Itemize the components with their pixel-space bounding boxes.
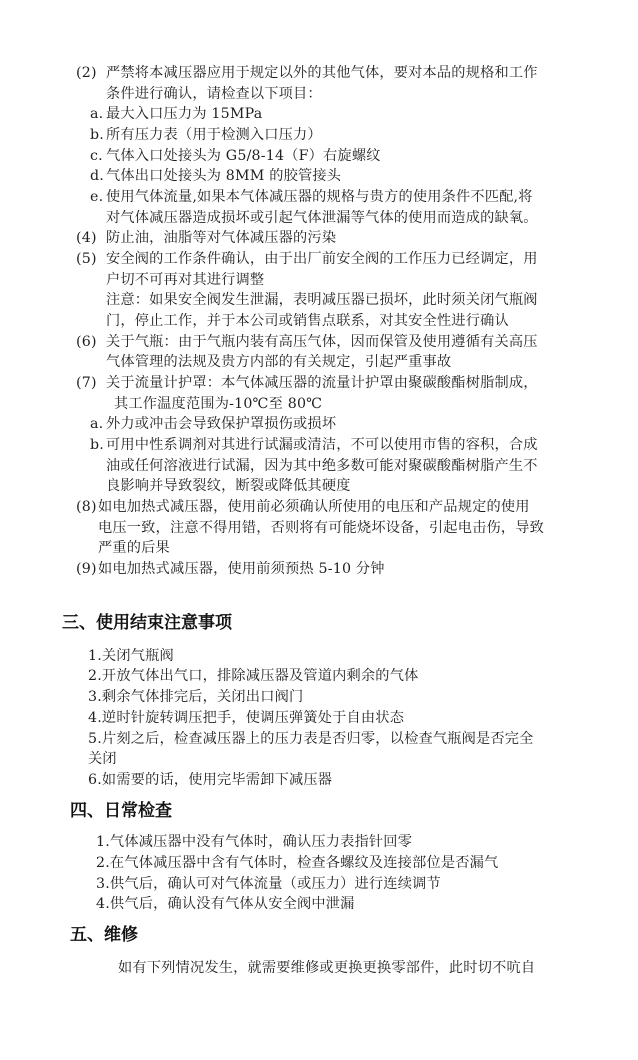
item-marker: (8) [76, 497, 97, 517]
sub-item-marker: a. [90, 414, 103, 434]
item-marker: (4) [76, 228, 97, 248]
paragraph-line: 如电加热式减压器，使用前须预热 5-10 分钟 [98, 559, 385, 579]
item-marker: (2) [76, 63, 97, 83]
list-item-continuation: 关闭 [88, 749, 117, 769]
paragraph-line: 其工作温度范围为-10℃至 80℃ [114, 394, 322, 414]
paragraph-line: 条件进行确认，请检查以下项目： [106, 84, 322, 104]
sub-item-marker: b. [90, 435, 104, 455]
paragraph-line: 如电加热式减压器，使用前必须确认所使用的电压和产品规定的使用 [98, 497, 530, 517]
paragraph-line: 防止油，油脂等对气体减压器的污染 [106, 228, 336, 248]
sub-item-text: 所有压力表（用于检测入口压力） [106, 125, 322, 145]
note-line: 注意：如果安全阀发生泄漏，表明减压器已损坏，此时须关闭气瓶阀 [106, 290, 538, 310]
paragraph-line: 安全阀的工作条件确认，由于出厂前安全阀的工作压力已经调定，用 [106, 249, 538, 269]
sub-item-text: 气体入口处接头为 G5/8-14（F）右旋螺纹 [106, 146, 381, 166]
paragraph-line: 气体管理的法规及贵方内部的有关规定，引起严重事故 [106, 352, 451, 372]
sub-item-text: 良影响并导致裂纹，断裂或降低其硬度 [106, 476, 351, 496]
list-item: 5.片刻之后，检查减压器上的压力表是否归零，以检查气瓶阀是否完全 [88, 729, 534, 749]
item-marker: (7) [76, 373, 97, 393]
list-item: 4.逆时针旋转调压把手，使调压弹簧处于自由状态 [88, 708, 404, 728]
item-marker: (6) [76, 332, 97, 352]
paragraph-line: 严禁将本减压器应用于规定以外的其他气体，要对本品的规格和工作 [106, 63, 538, 83]
list-item: 1.气体减压器中没有气体时，确认压力表指针回零 [96, 832, 412, 852]
sub-item-marker: d. [90, 166, 104, 186]
sub-item-text: 最大入口压力为 15MPa [106, 104, 262, 124]
list-item: 3.供气后，确认可对气体流量（或压力）进行连续调节 [96, 874, 441, 894]
sub-item-marker: b. [90, 125, 104, 145]
section-heading: 四、日常检查 [70, 799, 172, 823]
document-page: (2) 严禁将本减压器应用于规定以外的其他气体，要对本品的规格和工作 条件进行确… [0, 0, 638, 1060]
list-item: 6.如需要的话，使用完毕需卸下减压器 [88, 770, 332, 790]
sub-item-marker: c. [90, 146, 103, 166]
paragraph-line: 如有下列情况发生，就需要维修或更换更换零部件，此时切不吭自 [118, 958, 535, 978]
item-marker: (5) [76, 249, 97, 269]
section-heading: 五、维修 [70, 923, 138, 947]
list-item: 2.开放气体出气口，排除减压器及管道内剩余的气体 [88, 666, 418, 686]
paragraph-line: 关于流量计护罩：本气体减压器的流量计护罩由聚碳酸酯树脂制成， [106, 373, 538, 393]
list-item: 4.供气后，确认没有气体从安全阀中泄漏 [96, 894, 355, 914]
sub-item-text: 使用气体流量,如果本气体减压器的规格与贵方的使用条件不匹配,将 [106, 187, 533, 207]
paragraph-line: 电压一致，注意不得用错，否则将有可能烧坏设备，引起电击伤，导致 [98, 518, 544, 538]
item-marker: (9) [76, 559, 97, 579]
sub-item-text: 可用中性系调剂对其进行试漏或清洁，不可以使用市售的容积，合成 [106, 435, 538, 455]
sub-item-text: 对气体减压器造成损坏或引起气体泄漏等气体的使用而造成的缺氧。 [106, 208, 538, 228]
paragraph-line: 关于气瓶：由于气瓶内装有高压气体，因而保管及使用遵循有关高压 [106, 332, 538, 352]
sub-item-marker: a. [90, 104, 103, 124]
list-item: 2.在气体减压器中含有气体时，检查各螺纹及连接部位是否漏气 [96, 853, 498, 873]
list-item: 1.关闭气瓶阀 [88, 646, 174, 666]
sub-item-text: 气体出口处接头为 8MM 的胶管接头 [106, 166, 341, 186]
sub-item-text: 油或任何溶液进行试漏，因为其中绝多数可能对聚碳酸酯树脂产生不 [106, 456, 538, 476]
sub-item-marker: e. [90, 187, 103, 207]
paragraph-line: 户切不可再对其进行调整 [106, 270, 264, 290]
sub-item-text: 外力或冲击会导致保护罩损伤或损坏 [106, 414, 336, 434]
paragraph-line: 严重的后果 [98, 538, 170, 558]
section-heading: 三、使用结束注意事项 [62, 611, 232, 635]
list-item: 3.剩余气体排完后，关闭出口阀门 [88, 687, 303, 707]
note-line: 门，停止工作，并于本公司或销售点联系，对其安全性进行确认 [106, 311, 509, 331]
